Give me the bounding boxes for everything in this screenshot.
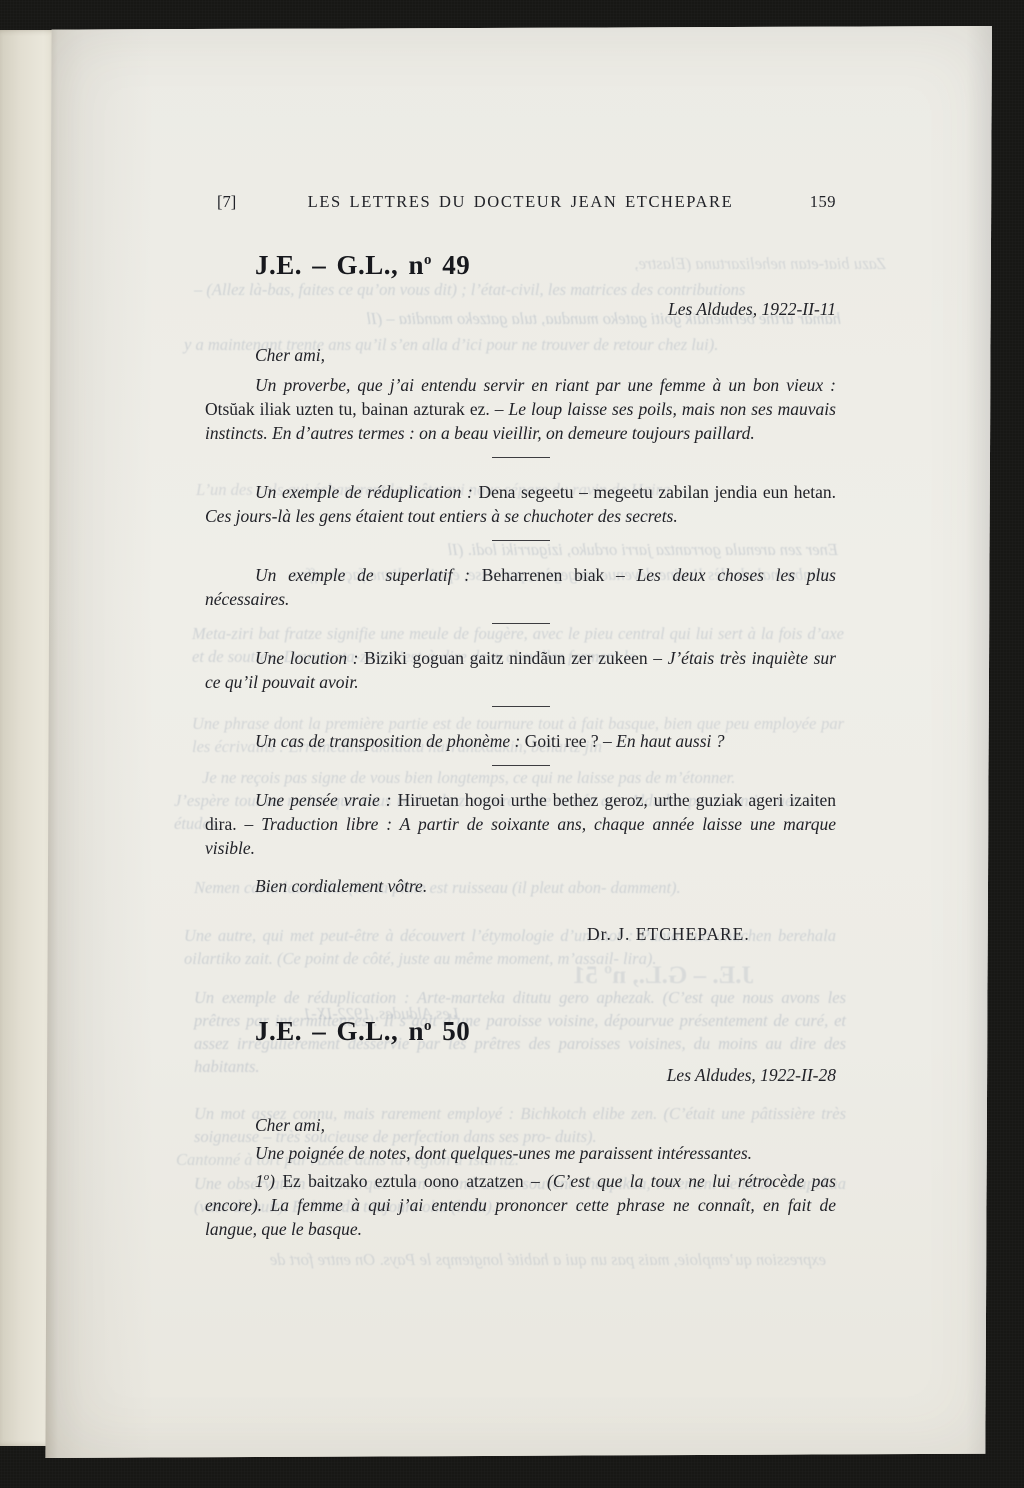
paragraph-reduplication: Un exemple de réduplication : Dena segee… — [205, 480, 836, 528]
page-number: 159 — [810, 190, 836, 214]
dateline-50: Les Aldudes, 1922-II-28 — [205, 1063, 836, 1087]
section-separator — [492, 540, 550, 541]
running-header: [7] LES LETTRES DU DOCTEUR JEAN ETCHEPAR… — [205, 190, 836, 214]
paragraph-phoneme: Un cas de transposition de phonème : Goi… — [205, 729, 836, 753]
letter-50: J.E. – G.L., no 50 Les Aldudes, 1922-II-… — [205, 1016, 836, 1241]
section-separator — [492, 706, 550, 707]
paragraph-pensee: Une pensée vraie : Hiruetan hogoi urthe … — [205, 788, 836, 860]
section-separator — [492, 623, 550, 624]
paragraph-proverbe: Un proverbe, que j’ai entendu servir en … — [205, 373, 836, 445]
running-title: LES LETTRES DU DOCTEUR JEAN ETCHEPARE — [205, 190, 836, 214]
section-separator — [492, 457, 550, 458]
paragraph-intro-50: Une poignée de notes, dont quelques-unes… — [205, 1141, 836, 1165]
paragraph-locution: Une locution : Biziki goguan gaitz nindã… — [205, 646, 836, 694]
salutation-49: Cher ami, — [205, 343, 836, 367]
page-content: [7] LES LETTRES DU DOCTEUR JEAN ETCHEPAR… — [44, 26, 992, 1241]
closing-49: Bien cordialement vôtre. — [205, 874, 836, 898]
bleedthrough-text: expression qu’emploie, mais pas un qui a… — [174, 1248, 826, 1271]
section-separator — [492, 765, 550, 766]
paragraph-superlatif: Un exemple de superlatif : Beharrenen bi… — [205, 563, 836, 611]
scan-background: { "page_header": { "folio": "[7]", "titl… — [0, 0, 1024, 1488]
paragraph-item1-50: 1o) Ez baitzako eztula oono atzatzen – (… — [205, 1169, 836, 1241]
letter-heading-50: J.E. – G.L., no 50 — [205, 1016, 836, 1047]
dateline-49: Les Aldudes, 1922-II-11 — [205, 297, 836, 321]
letter-heading-49: J.E. – G.L., no 49 — [205, 250, 836, 281]
book-page: Zazu biat-etan nehelizartuna (Elastre, –… — [44, 26, 992, 1458]
folio-number: [7] — [217, 190, 236, 214]
signature-49: Dr. J. ETCHEPARE. — [587, 922, 836, 946]
letter-49: J.E. – G.L., no 49 Les Aldudes, 1922-II-… — [205, 250, 836, 946]
salutation-50: Cher ami, — [205, 1113, 836, 1137]
